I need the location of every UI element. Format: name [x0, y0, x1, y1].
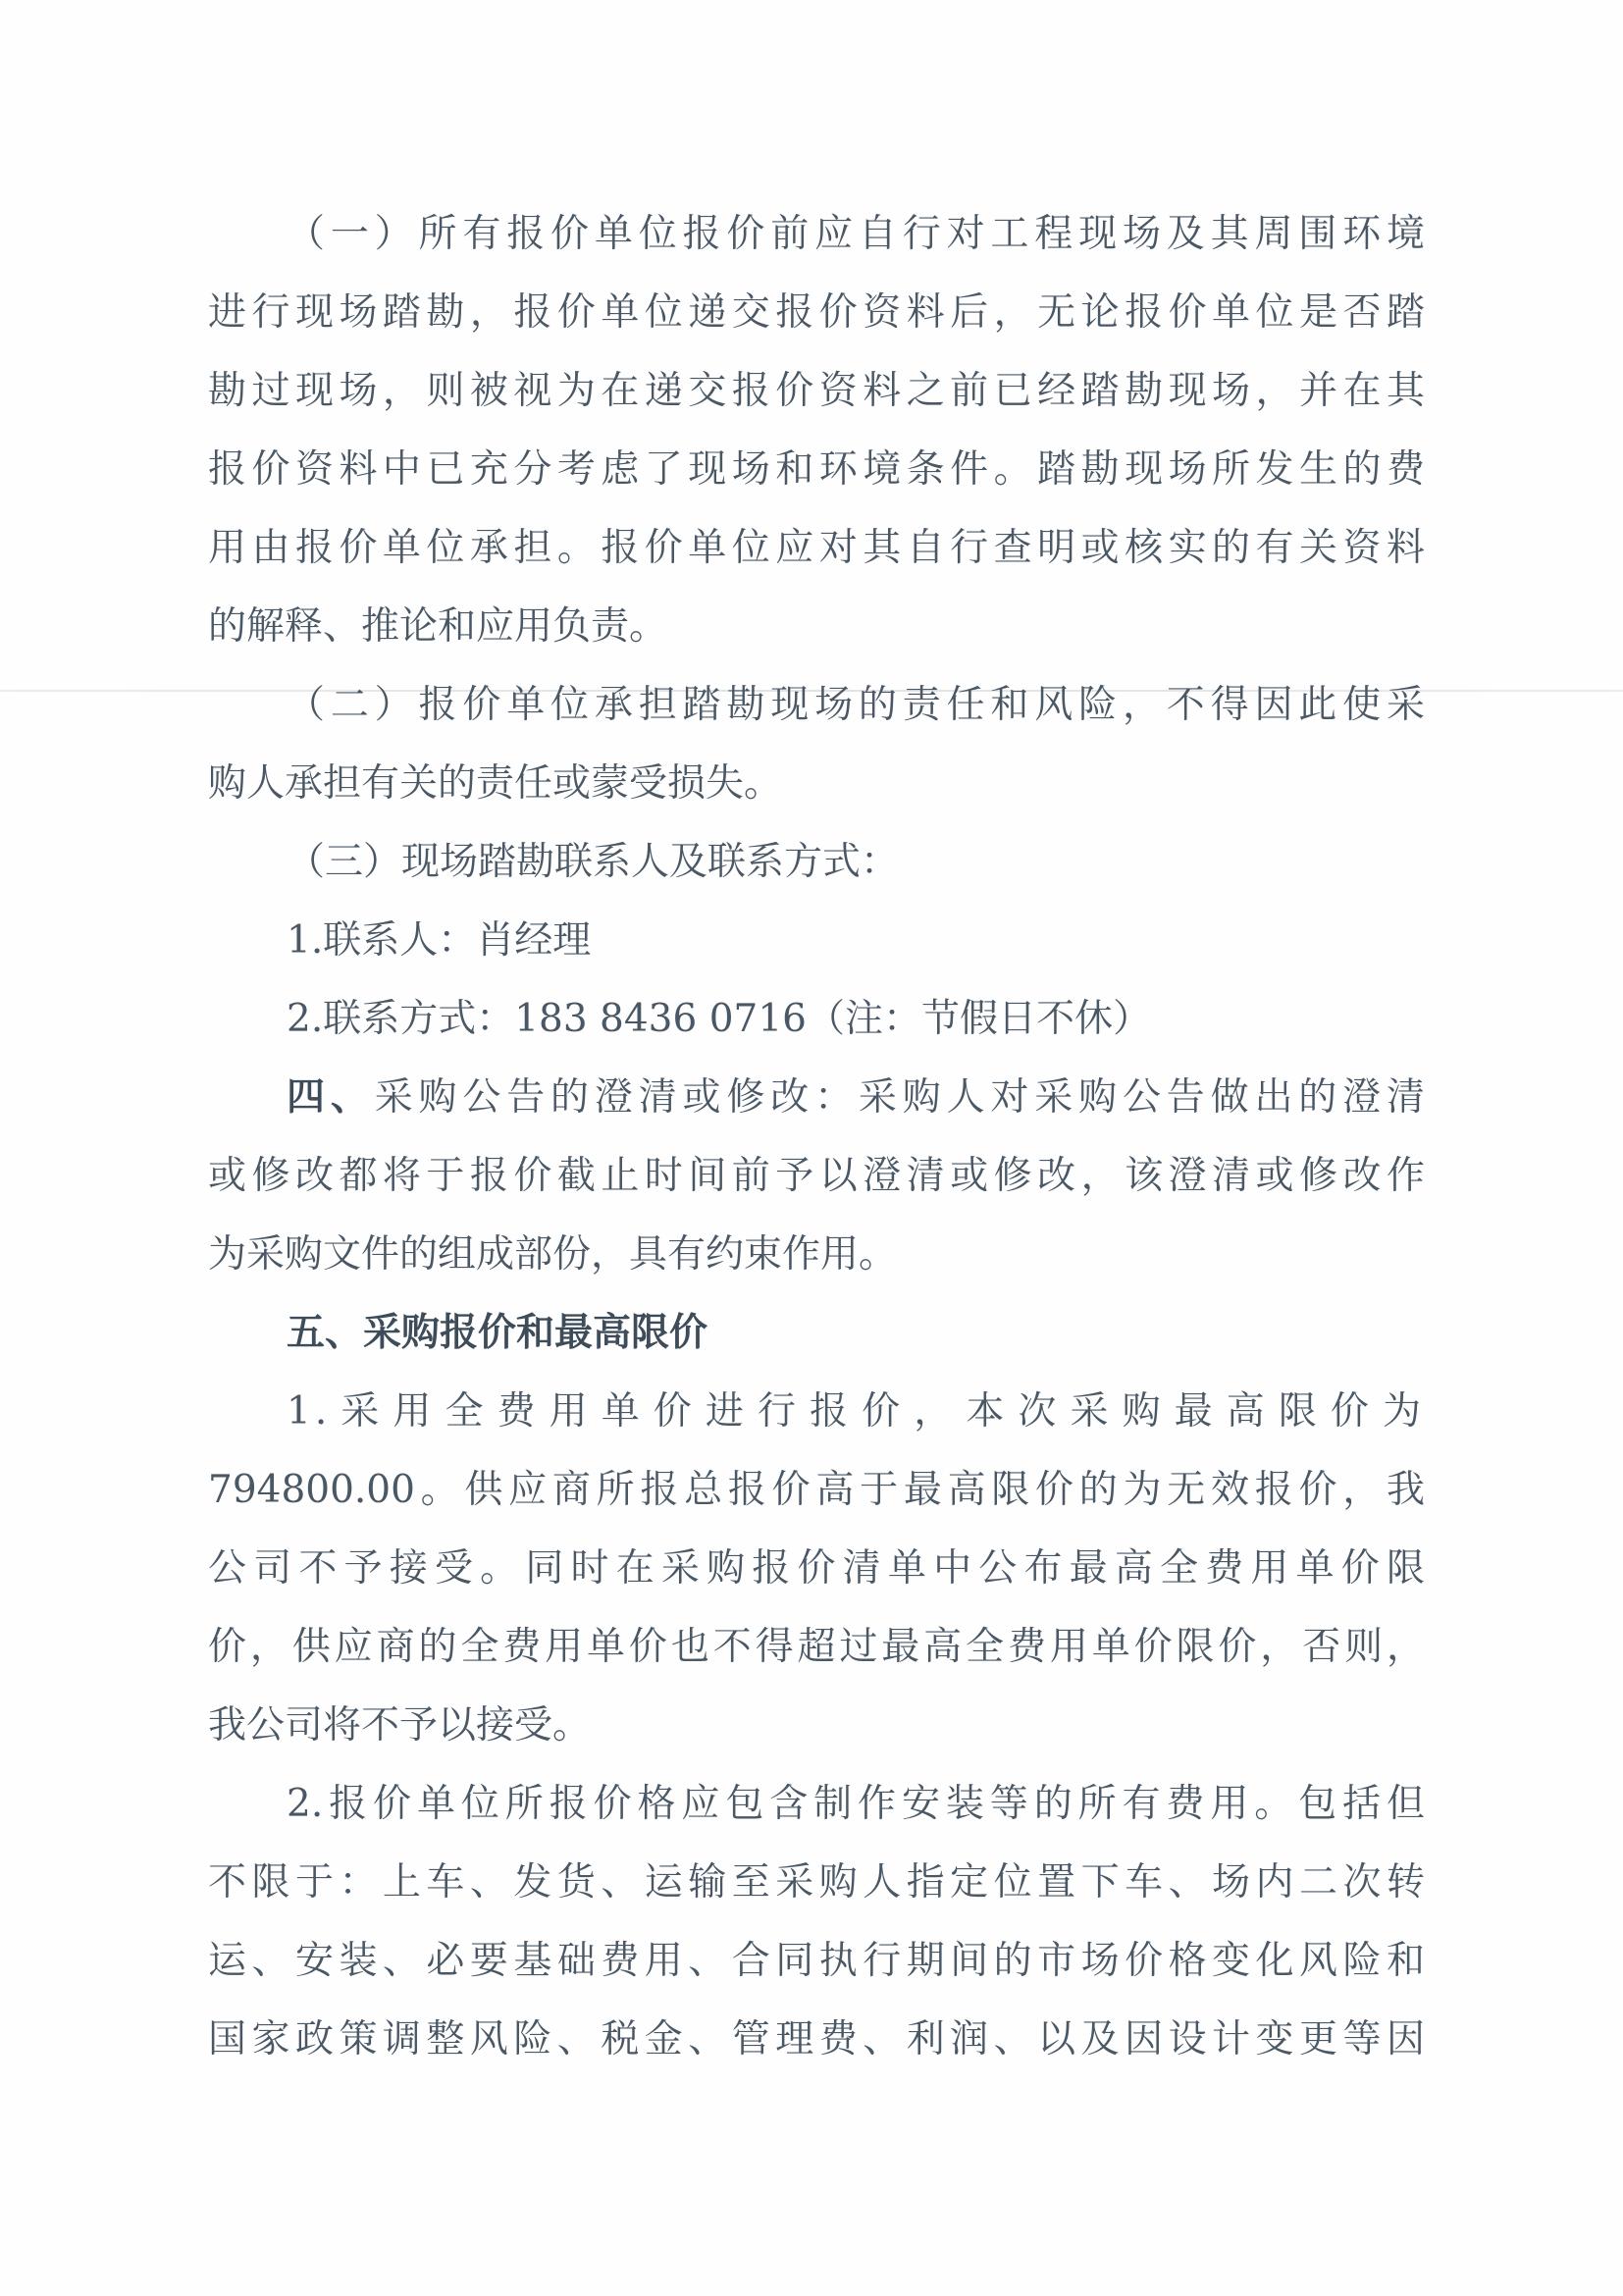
paragraph-line: 报价资料中已充分考虑了现场和环境条件。踏勘现场所发生的费 — [208, 445, 1425, 495]
max-price-line: 794800.00。供应商所报总报价高于最高限价的为无效报价，我 — [208, 1466, 1425, 1515]
paragraph-line: 价，供应商的全费用单价也不得超过最高全费用单价限价，否则， — [208, 1623, 1425, 1672]
section-four-text: 采购公告的澄清或修改：采购人对采购公告做出的澄清 — [375, 1075, 1425, 1120]
paragraph-line: 不限于：上车、发货、运输至采购人指定位置下车、场内二次转 — [208, 1858, 1425, 1907]
paragraph-line: 为采购文件的组成部份，具有约束作用。 — [208, 1230, 1425, 1279]
paragraph-line: 运、安装、必要基础费用、合同执行期间的市场价格变化风险和 — [208, 1937, 1425, 1986]
section-four-heading: 四、 — [287, 1075, 375, 1120]
contact-person-line: 1.联系人：肖经理 — [287, 916, 1503, 965]
section-four-line: 四、采购公告的澄清或修改：采购人对采购公告做出的澄清 — [287, 1073, 1425, 1122]
paragraph-line: 1.采用全费用单价进行报价，本次采购最高限价为 — [287, 1387, 1425, 1436]
paragraph-line: 用由报价单位承担。报价单位应对其自行查明或核实的有关资料 — [208, 524, 1425, 573]
paragraph-line: 2.报价单位所报价格应包含制作安装等的所有费用。包括但 — [287, 1780, 1425, 1829]
document-page: （一）所有报价单位报价前应自行对工程现场及其周围环境 进行现场踏勘，报价单位递交… — [0, 0, 1623, 2296]
section-five-title: 五、采购报价和最高限价 — [287, 1309, 1503, 1358]
paragraph-line: 我公司将不予以接受。 — [208, 1701, 1425, 1750]
paragraph-line: 的解释、推论和应用负责。 — [208, 602, 1425, 652]
paragraph-line: 进行现场踏勘，报价单位递交报价资料后，无论报价单位是否踏 — [208, 288, 1425, 338]
paragraph-line: 购人承担有关的责任或蒙受损失。 — [208, 759, 1425, 809]
paragraph-line: （一）所有报价单位报价前应自行对工程现场及其周围环境 — [287, 210, 1425, 259]
paragraph-line: 或修改都将于报价截止时间前予以澄清或修改，该澄清或修改作 — [208, 1152, 1425, 1201]
paragraph-line: 勘过现场，则被视为在递交报价资料之前已经踏勘现场，并在其 — [208, 367, 1425, 416]
contact-phone-line: 2.联系方式：183 8436 0716（注：节假日不休） — [287, 995, 1503, 1044]
paragraph-line: 公司不予接受。同时在采购报价清单中公布最高全费用单价限 — [208, 1544, 1425, 1593]
paragraph-line: 国家政策调整风险、税金、管理费、利润、以及因设计变更等因 — [208, 2015, 1425, 2064]
paragraph-line: （二）报价单位承担踏勘现场的责任和风险，不得因此使采 — [287, 681, 1425, 730]
paragraph-line: （三）现场踏勘联系人及联系方式： — [287, 838, 1503, 887]
